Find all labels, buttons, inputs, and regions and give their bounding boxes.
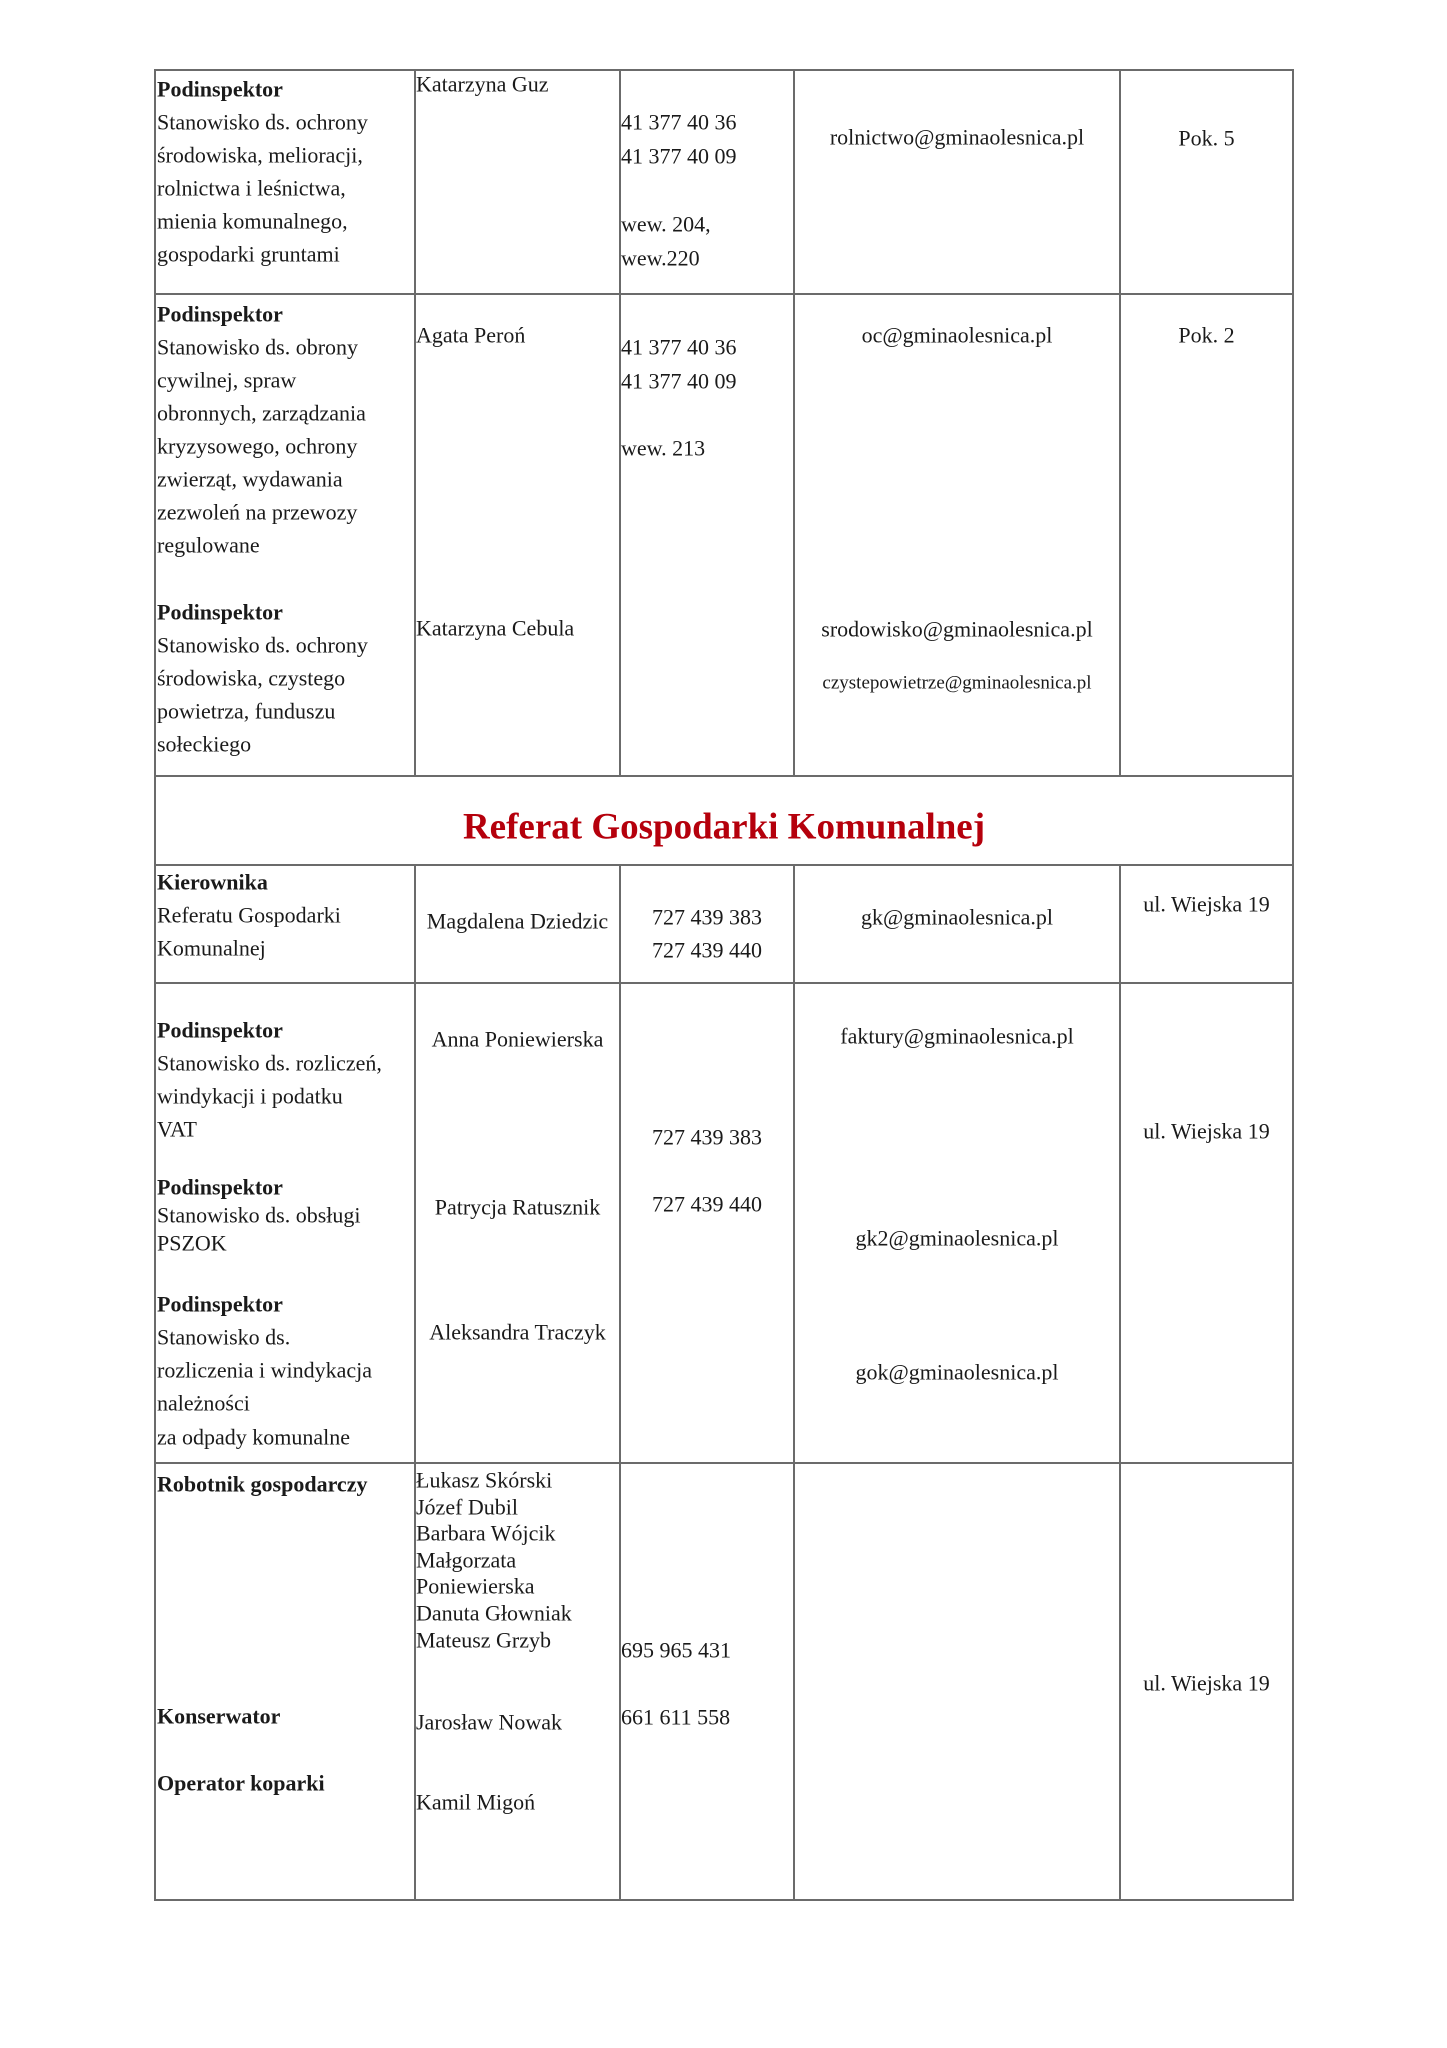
- position-description: obronnych, zarządzania: [157, 397, 366, 430]
- table-border-right: [1292, 69, 1294, 1901]
- position-title: Podinspektor: [157, 1288, 283, 1321]
- position-description: cywilnej, spraw: [157, 364, 296, 397]
- position-description: Stanowisko ds. rozliczeń,: [157, 1047, 382, 1080]
- phone-number: 41 377 40 36: [621, 331, 737, 364]
- document-page: Podinspektor Stanowisko ds. ochrony środ…: [0, 0, 1447, 2048]
- email-link[interactable]: gk@gminaolesnica.pl: [795, 901, 1119, 934]
- position-description: środowiska, melioracji,: [157, 139, 363, 172]
- phone-number: 41 377 40 09: [621, 140, 737, 173]
- employee-name: Kamil Migoń: [416, 1786, 535, 1819]
- email-link[interactable]: gk2@gminaolesnica.pl: [795, 1222, 1119, 1255]
- table-border-left: [154, 69, 156, 1901]
- position-description: windykacji i podatku: [157, 1080, 343, 1113]
- employee-name: Patrycja Ratusznik: [416, 1191, 619, 1224]
- table-border-top: [155, 69, 1294, 71]
- phone-extension: wew.220: [621, 242, 700, 275]
- position-title: Robotnik gospodarczy: [157, 1468, 367, 1501]
- employee-name: Mateusz Grzyb: [416, 1628, 551, 1655]
- employee-name: Barbara Wójcik: [416, 1521, 555, 1548]
- position-description: Stanowisko ds.: [157, 1321, 290, 1354]
- column-divider: [619, 69, 621, 776]
- row-divider: [155, 775, 1294, 777]
- column-divider: [414, 864, 416, 1901]
- position-description: za odpady komunalne: [157, 1421, 350, 1454]
- position-title: Konserwator: [157, 1700, 280, 1733]
- column-divider: [619, 864, 621, 1901]
- position-description: kryzysowego, ochrony: [157, 430, 357, 463]
- email-link[interactable]: srodowisko@gminaolesnica.pl: [795, 613, 1119, 646]
- room-location: ul. Wiejska 19: [1121, 1115, 1292, 1148]
- employee-name: Józef Dubil: [416, 1495, 518, 1522]
- position-description: VAT: [157, 1113, 197, 1146]
- position-description: powietrza, funduszu: [157, 695, 335, 728]
- column-divider: [1119, 69, 1121, 776]
- position-title: Podinspektor: [157, 596, 283, 629]
- position-description: PSZOK: [157, 1227, 227, 1260]
- position-description: gospodarki gruntami: [157, 238, 340, 271]
- room-location: Pok. 5: [1121, 122, 1292, 155]
- row-divider: [155, 982, 1294, 984]
- employee-name: Małgorzata: [416, 1548, 516, 1575]
- column-divider: [1119, 864, 1121, 1901]
- position-description: należności: [157, 1387, 250, 1420]
- employee-name: Katarzyna Cebula: [416, 612, 574, 645]
- position-description: zwierząt, wydawania: [157, 463, 343, 496]
- email-link[interactable]: czystepowietrze@gminaolesnica.pl: [795, 667, 1119, 700]
- position-description: rozliczenia i windykacja: [157, 1354, 372, 1387]
- position-description: rolnictwa i leśnictwa,: [157, 172, 346, 205]
- employee-name: Anna Poniewierska: [416, 1023, 619, 1056]
- employee-name: Łukasz Skórski: [416, 1468, 552, 1495]
- room-location: Pok. 2: [1121, 319, 1292, 352]
- phone-extension: wew. 213: [621, 432, 705, 465]
- phone-extension: wew. 204,: [621, 208, 711, 241]
- phone-number: 661 611 558: [621, 1701, 730, 1734]
- position-title: Podinspektor: [157, 73, 283, 106]
- email-link[interactable]: faktury@gminaolesnica.pl: [795, 1020, 1119, 1053]
- employee-name: Jarosław Nowak: [416, 1706, 562, 1739]
- phone-number: 41 377 40 09: [621, 365, 737, 398]
- position-title: Kierownika: [157, 866, 268, 899]
- employee-name: Poniewierska: [416, 1574, 535, 1601]
- position-description: zezwoleń na przewozy: [157, 496, 357, 529]
- row-divider: [155, 864, 1294, 866]
- phone-number: 727 439 383: [621, 901, 793, 934]
- position-description: mienia komunalnego,: [157, 205, 348, 238]
- room-location: ul. Wiejska 19: [1121, 1667, 1292, 1700]
- phone-number: 727 439 440: [621, 934, 793, 967]
- position-description: regulowane: [157, 529, 260, 562]
- column-divider: [414, 69, 416, 776]
- employee-name: Aleksandra Traczyk: [416, 1316, 619, 1349]
- employee-name: Magdalena Dziedzic: [416, 905, 619, 938]
- phone-number: 695 965 431: [621, 1634, 731, 1667]
- employee-name: Katarzyna Guz: [416, 68, 549, 101]
- email-link[interactable]: oc@gminaolesnica.pl: [795, 319, 1119, 352]
- position-title: Podinspektor: [157, 1014, 283, 1047]
- email-link[interactable]: rolnictwo@gminaolesnica.pl: [795, 121, 1119, 154]
- position-description: Komunalnej: [157, 932, 266, 965]
- position-description: Stanowisko ds. obrony: [157, 331, 358, 364]
- row-divider: [155, 293, 1294, 295]
- phone-number: 727 439 383: [621, 1121, 793, 1154]
- position-title: Operator koparki: [157, 1767, 325, 1800]
- phone-number: 727 439 440: [621, 1188, 793, 1221]
- position-title: Podinspektor: [157, 298, 283, 331]
- row-divider: [155, 1462, 1294, 1464]
- phone-number: 41 377 40 36: [621, 106, 737, 139]
- position-description: środowiska, czystego: [157, 662, 345, 695]
- room-location: ul. Wiejska 19: [1121, 888, 1292, 921]
- section-heading: Referat Gospodarki Komunalnej: [155, 806, 1293, 849]
- table-border-bottom: [155, 1899, 1294, 1901]
- employee-name: Agata Peroń: [416, 319, 525, 352]
- position-description: sołeckiego: [157, 728, 251, 761]
- position-description: Stanowisko ds. ochrony: [157, 629, 368, 662]
- position-description: Referatu Gospodarki: [157, 899, 341, 932]
- employee-name: Danuta Głowniak: [416, 1601, 572, 1628]
- position-description: Stanowisko ds. ochrony: [157, 106, 368, 139]
- email-link[interactable]: gok@gminaolesnica.pl: [795, 1356, 1119, 1389]
